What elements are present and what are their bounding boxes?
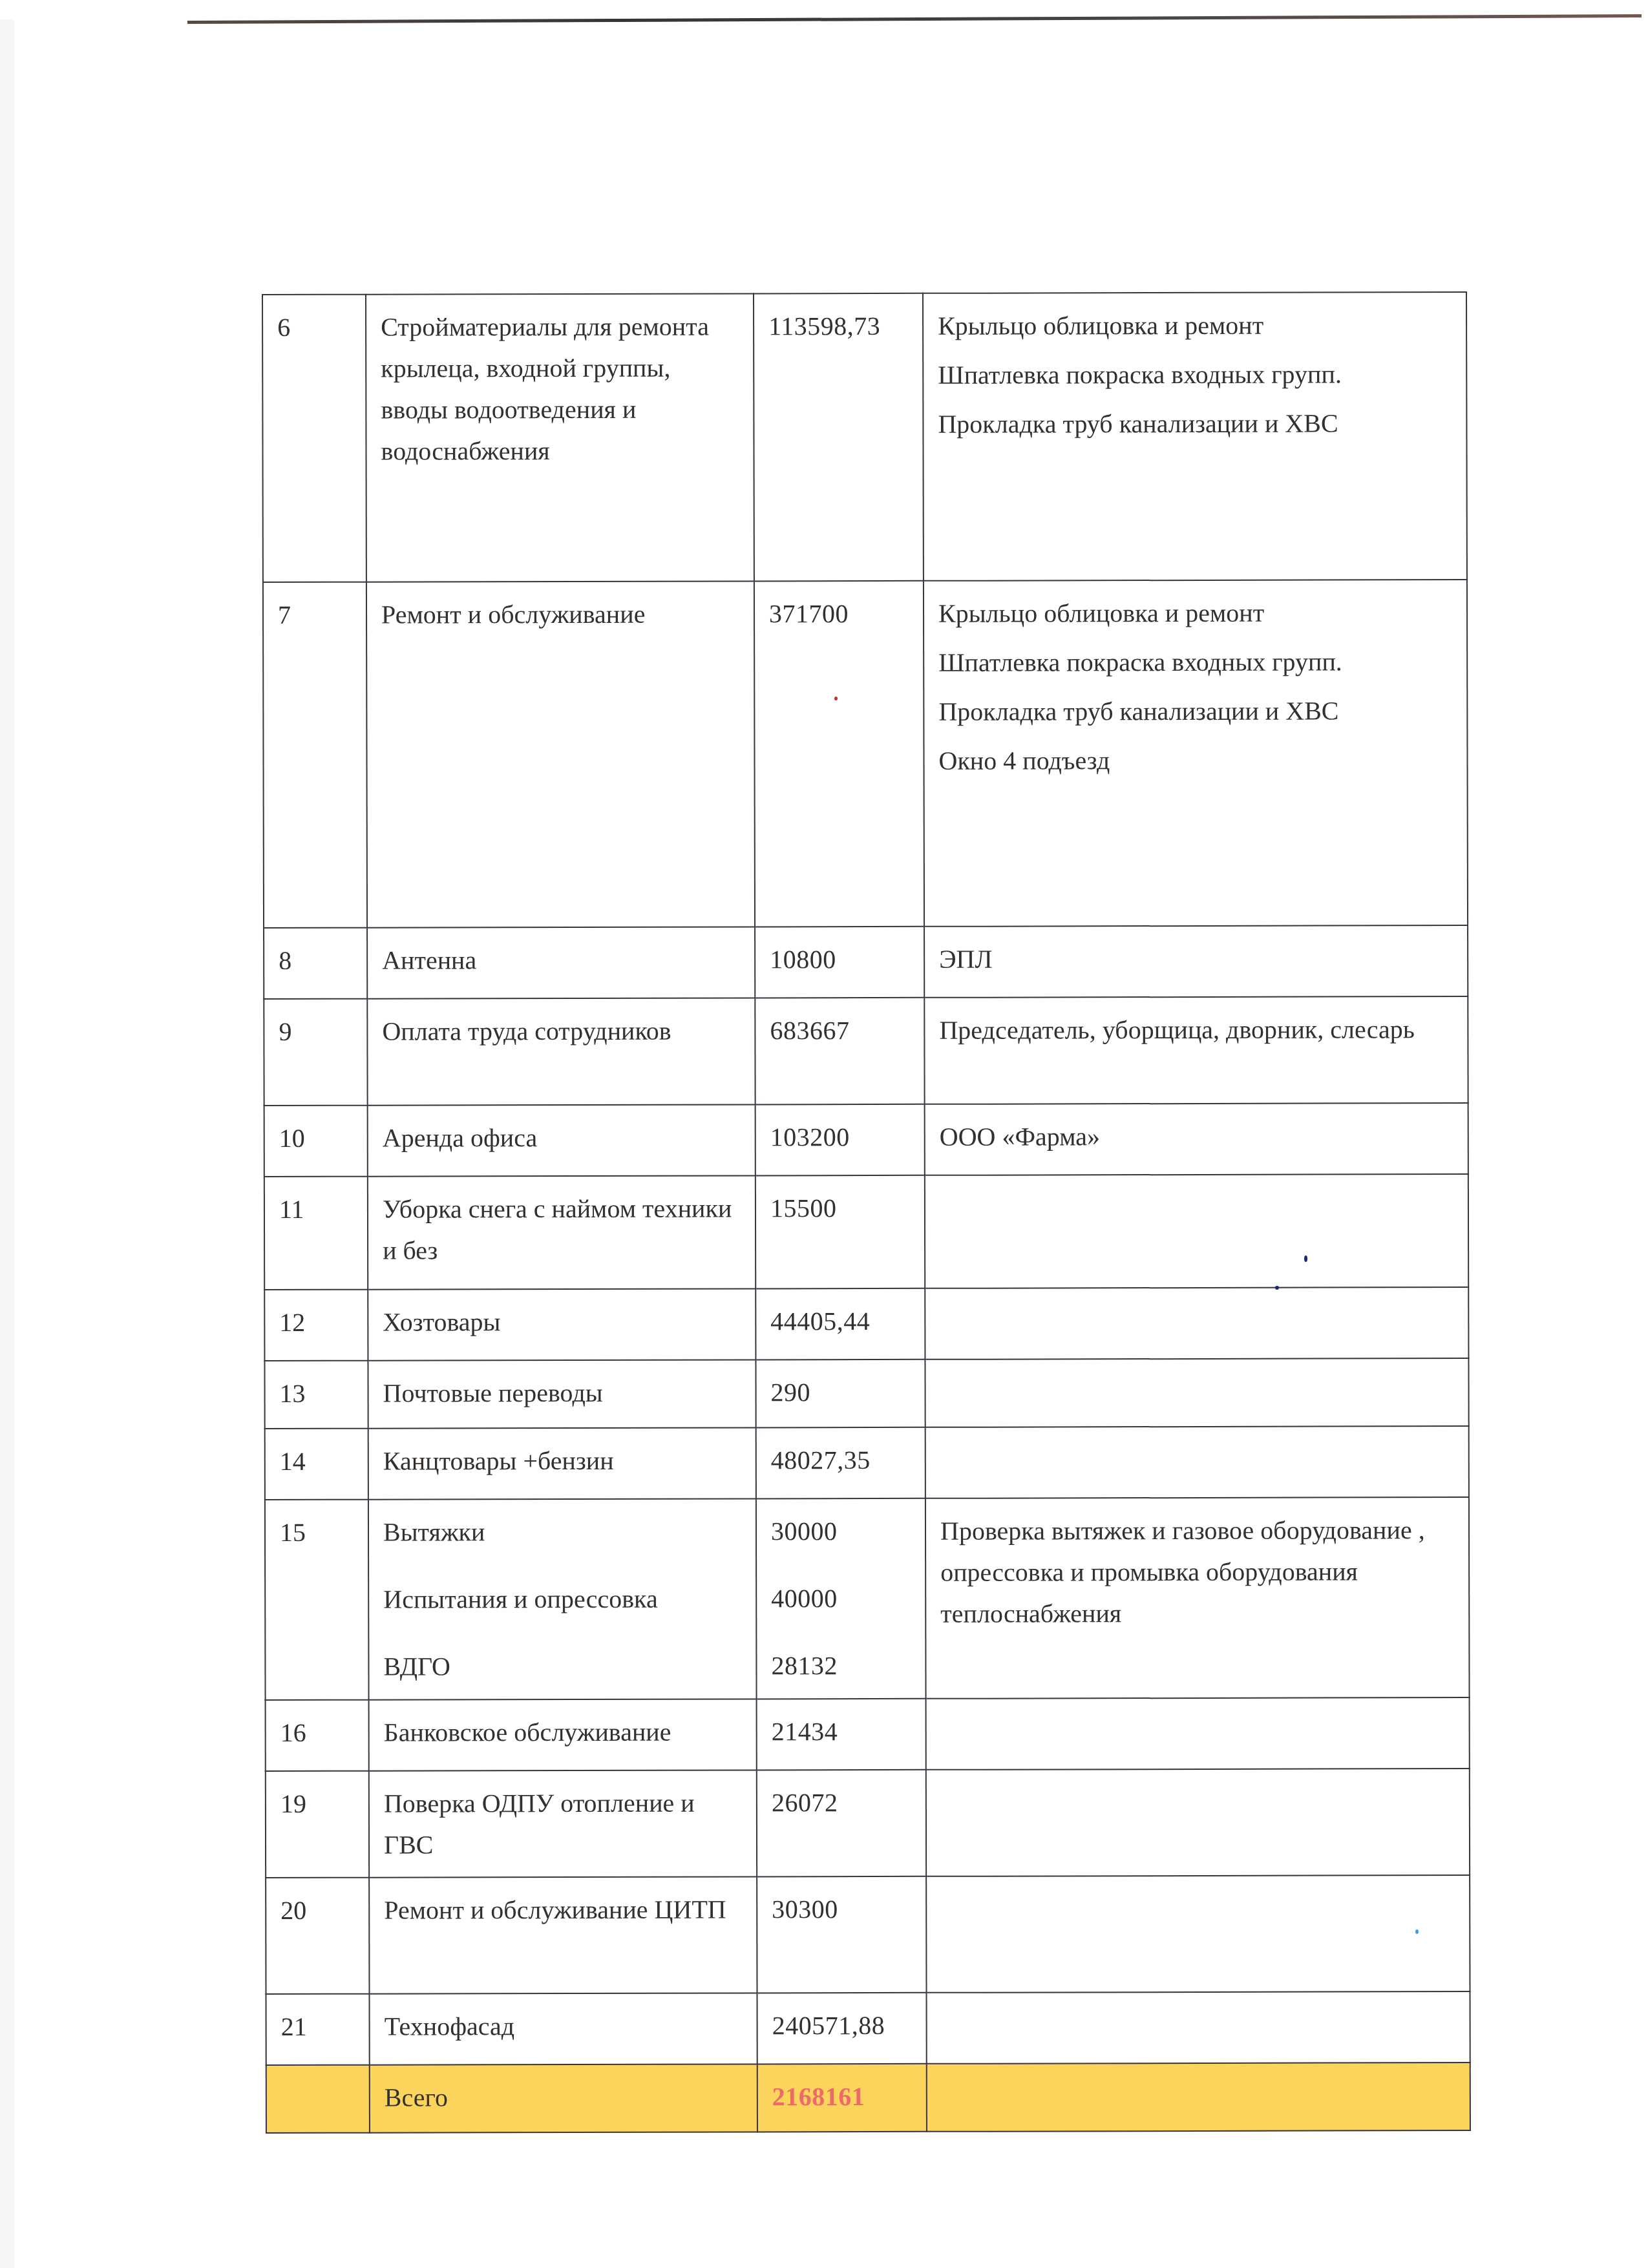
sub-item-name: Испытания и опрессовка [383, 1578, 741, 1620]
expense-name: Технофасад [370, 1993, 757, 2064]
expense-amount: 103200 [755, 1104, 925, 1176]
expense-amount: 21434 [757, 1699, 926, 1770]
row-number: 15 [265, 1500, 369, 1700]
table-row: 12 Хозтовары 44405,44 [264, 1287, 1468, 1361]
expense-amount: 683667 [755, 998, 924, 1105]
note-line: ООО «Фарма» [940, 1115, 1453, 1158]
expense-amount: 290 [755, 1360, 925, 1428]
row-number: 11 [264, 1177, 368, 1290]
expense-amount-group: 30000 40000 28132 [756, 1498, 926, 1699]
row-number: 12 [264, 1290, 368, 1361]
note-line: Прокладка труб канализации и ХВС [938, 403, 1452, 445]
table-row: 19 Поверка ОДПУ отопление и ГВС 26072 [266, 1769, 1470, 1878]
expense-name: Уборка снега с наймом техники и без [368, 1175, 755, 1289]
expense-name: Стройматериалы для ремонта крылеца, вход… [366, 293, 754, 582]
table-row: 13 Почтовые переводы 290 [264, 1358, 1468, 1429]
table-row: 10 Аренда офиса 103200 ООО «Фарма» [264, 1103, 1468, 1177]
expense-name: Хозтовары [368, 1288, 755, 1360]
expense-note: Председатель, уборщица, дворник, слесарь [924, 996, 1468, 1104]
expense-amount: 48027,35 [756, 1427, 925, 1499]
note-line: Проверка вытяжек и газовое оборудование … [940, 1509, 1454, 1635]
table-row: 9 Оплата труда сотрудников 683667 Предсе… [264, 996, 1468, 1106]
table-row: 11 Уборка снега с наймом техники и без 1… [264, 1174, 1468, 1290]
expense-amount: 371700 [754, 581, 924, 927]
row-number: 20 [266, 1878, 369, 1994]
row-number: 14 [265, 1429, 368, 1500]
sub-item-amount: 40000 [771, 1578, 911, 1619]
expense-note [927, 1991, 1470, 2064]
expense-note: Крыльцо облицовка и ремонт Шпатлевка пок… [924, 580, 1468, 927]
row-number: 21 [266, 1994, 370, 2065]
expense-name: Ремонт и обслуживание ЦИТП [369, 1876, 757, 1993]
expense-name: Аренда офиса [368, 1104, 755, 1176]
row-number: 6 [262, 295, 366, 582]
scan-paper-edge [187, 14, 1642, 24]
expense-name: Канцтовары +бензин [368, 1427, 756, 1499]
row-number: 7 [263, 582, 367, 928]
expense-name: Поверка ОДПУ отопление и ГВС [369, 1770, 757, 1877]
expense-note: Крыльцо облицовка и ремонт Шпатлевка пок… [923, 292, 1467, 581]
table-row: 8 Антенна 10800 ЭПЛ [264, 925, 1468, 999]
sub-item-name: Вытяжки [383, 1511, 741, 1553]
table-row: 21 Технофасад 240571,88 [266, 1991, 1470, 2065]
expense-name: Антенна [367, 927, 755, 998]
row-number: 19 [266, 1771, 369, 1878]
row-number: 13 [264, 1361, 368, 1429]
expense-note: ООО «Фарма» [925, 1103, 1468, 1175]
note-line: Шпатлевка покраска входных групп. [938, 353, 1452, 396]
expense-table: 6 Стройматериалы для ремонта крылеца, вх… [262, 291, 1471, 2134]
table-row: 7 Ремонт и обслуживание 371700 Крыльцо о… [263, 580, 1468, 928]
expense-note: ЭПЛ [924, 925, 1468, 998]
expense-note [925, 1426, 1469, 1498]
expense-amount: 113598,73 [754, 293, 924, 582]
row-number: 16 [266, 1700, 369, 1771]
scan-speck [834, 697, 838, 700]
table-row: 15 Вытяжки Испытания и опрессовка ВДГО 3… [265, 1497, 1470, 1700]
expense-amount: 26072 [757, 1770, 926, 1877]
sub-item-amount: 28132 [771, 1645, 911, 1686]
table-row: 14 Канцтовары +бензин 48027,35 [265, 1426, 1469, 1500]
expense-note [926, 1697, 1470, 1770]
expense-name: Оплата труда сотрудников [367, 998, 755, 1105]
expense-note: Проверка вытяжек и газовое оборудование … [925, 1497, 1470, 1699]
note-line: Окно 4 подъезд [938, 739, 1452, 782]
expense-note [925, 1358, 1468, 1427]
scan-speck [1304, 1255, 1307, 1262]
table-row: 20 Ремонт и обслуживание ЦИТП 30300 [266, 1875, 1470, 1994]
expense-note [926, 1875, 1470, 1993]
scan-margin [0, 19, 14, 2268]
table-row: 16 Банковское обслуживание 21434 [266, 1697, 1470, 1771]
total-row: Всего 2168161 [266, 2063, 1470, 2133]
note-line: Председатель, уборщица, дворник, слесарь [939, 1009, 1453, 1051]
total-number [266, 2065, 370, 2133]
row-number: 8 [264, 928, 367, 999]
total-amount: 2168161 [757, 2064, 927, 2132]
note-line: Крыльцо облицовка и ремонт [938, 304, 1452, 347]
expense-amount: 10800 [755, 927, 924, 998]
expense-amount: 240571,88 [757, 1993, 927, 2064]
expense-note [926, 1769, 1470, 1876]
expense-amount: 44405,44 [755, 1288, 925, 1360]
expense-note [925, 1174, 1468, 1288]
note-line: Крыльцо облицовка и ремонт [938, 592, 1452, 635]
scan-speck [1275, 1286, 1279, 1290]
expense-name-group: Вытяжки Испытания и опрессовка ВДГО [368, 1498, 757, 1699]
note-line: Шпатлевка покраска входных групп. [938, 641, 1452, 684]
note-line: Прокладка труб канализации и ХВС [938, 690, 1452, 733]
sub-item-name: ВДГО [383, 1645, 741, 1687]
scan-speck [1415, 1929, 1419, 1934]
total-note [927, 2063, 1470, 2132]
expense-amount: 15500 [755, 1175, 925, 1289]
expense-name: Ремонт и обслуживание [366, 581, 755, 927]
expense-amount: 30300 [757, 1876, 926, 1993]
total-label: Всего [370, 2064, 757, 2132]
expense-note [925, 1287, 1468, 1360]
row-number: 9 [264, 999, 367, 1106]
expense-name: Почтовые переводы [368, 1360, 755, 1428]
expense-name: Банковское обслуживание [369, 1699, 757, 1770]
table-row: 6 Стройматериалы для ремонта крылеца, вх… [262, 292, 1467, 582]
sub-item-amount: 30000 [771, 1511, 911, 1552]
row-number: 10 [264, 1106, 368, 1177]
note-line: ЭПЛ [939, 938, 1453, 980]
